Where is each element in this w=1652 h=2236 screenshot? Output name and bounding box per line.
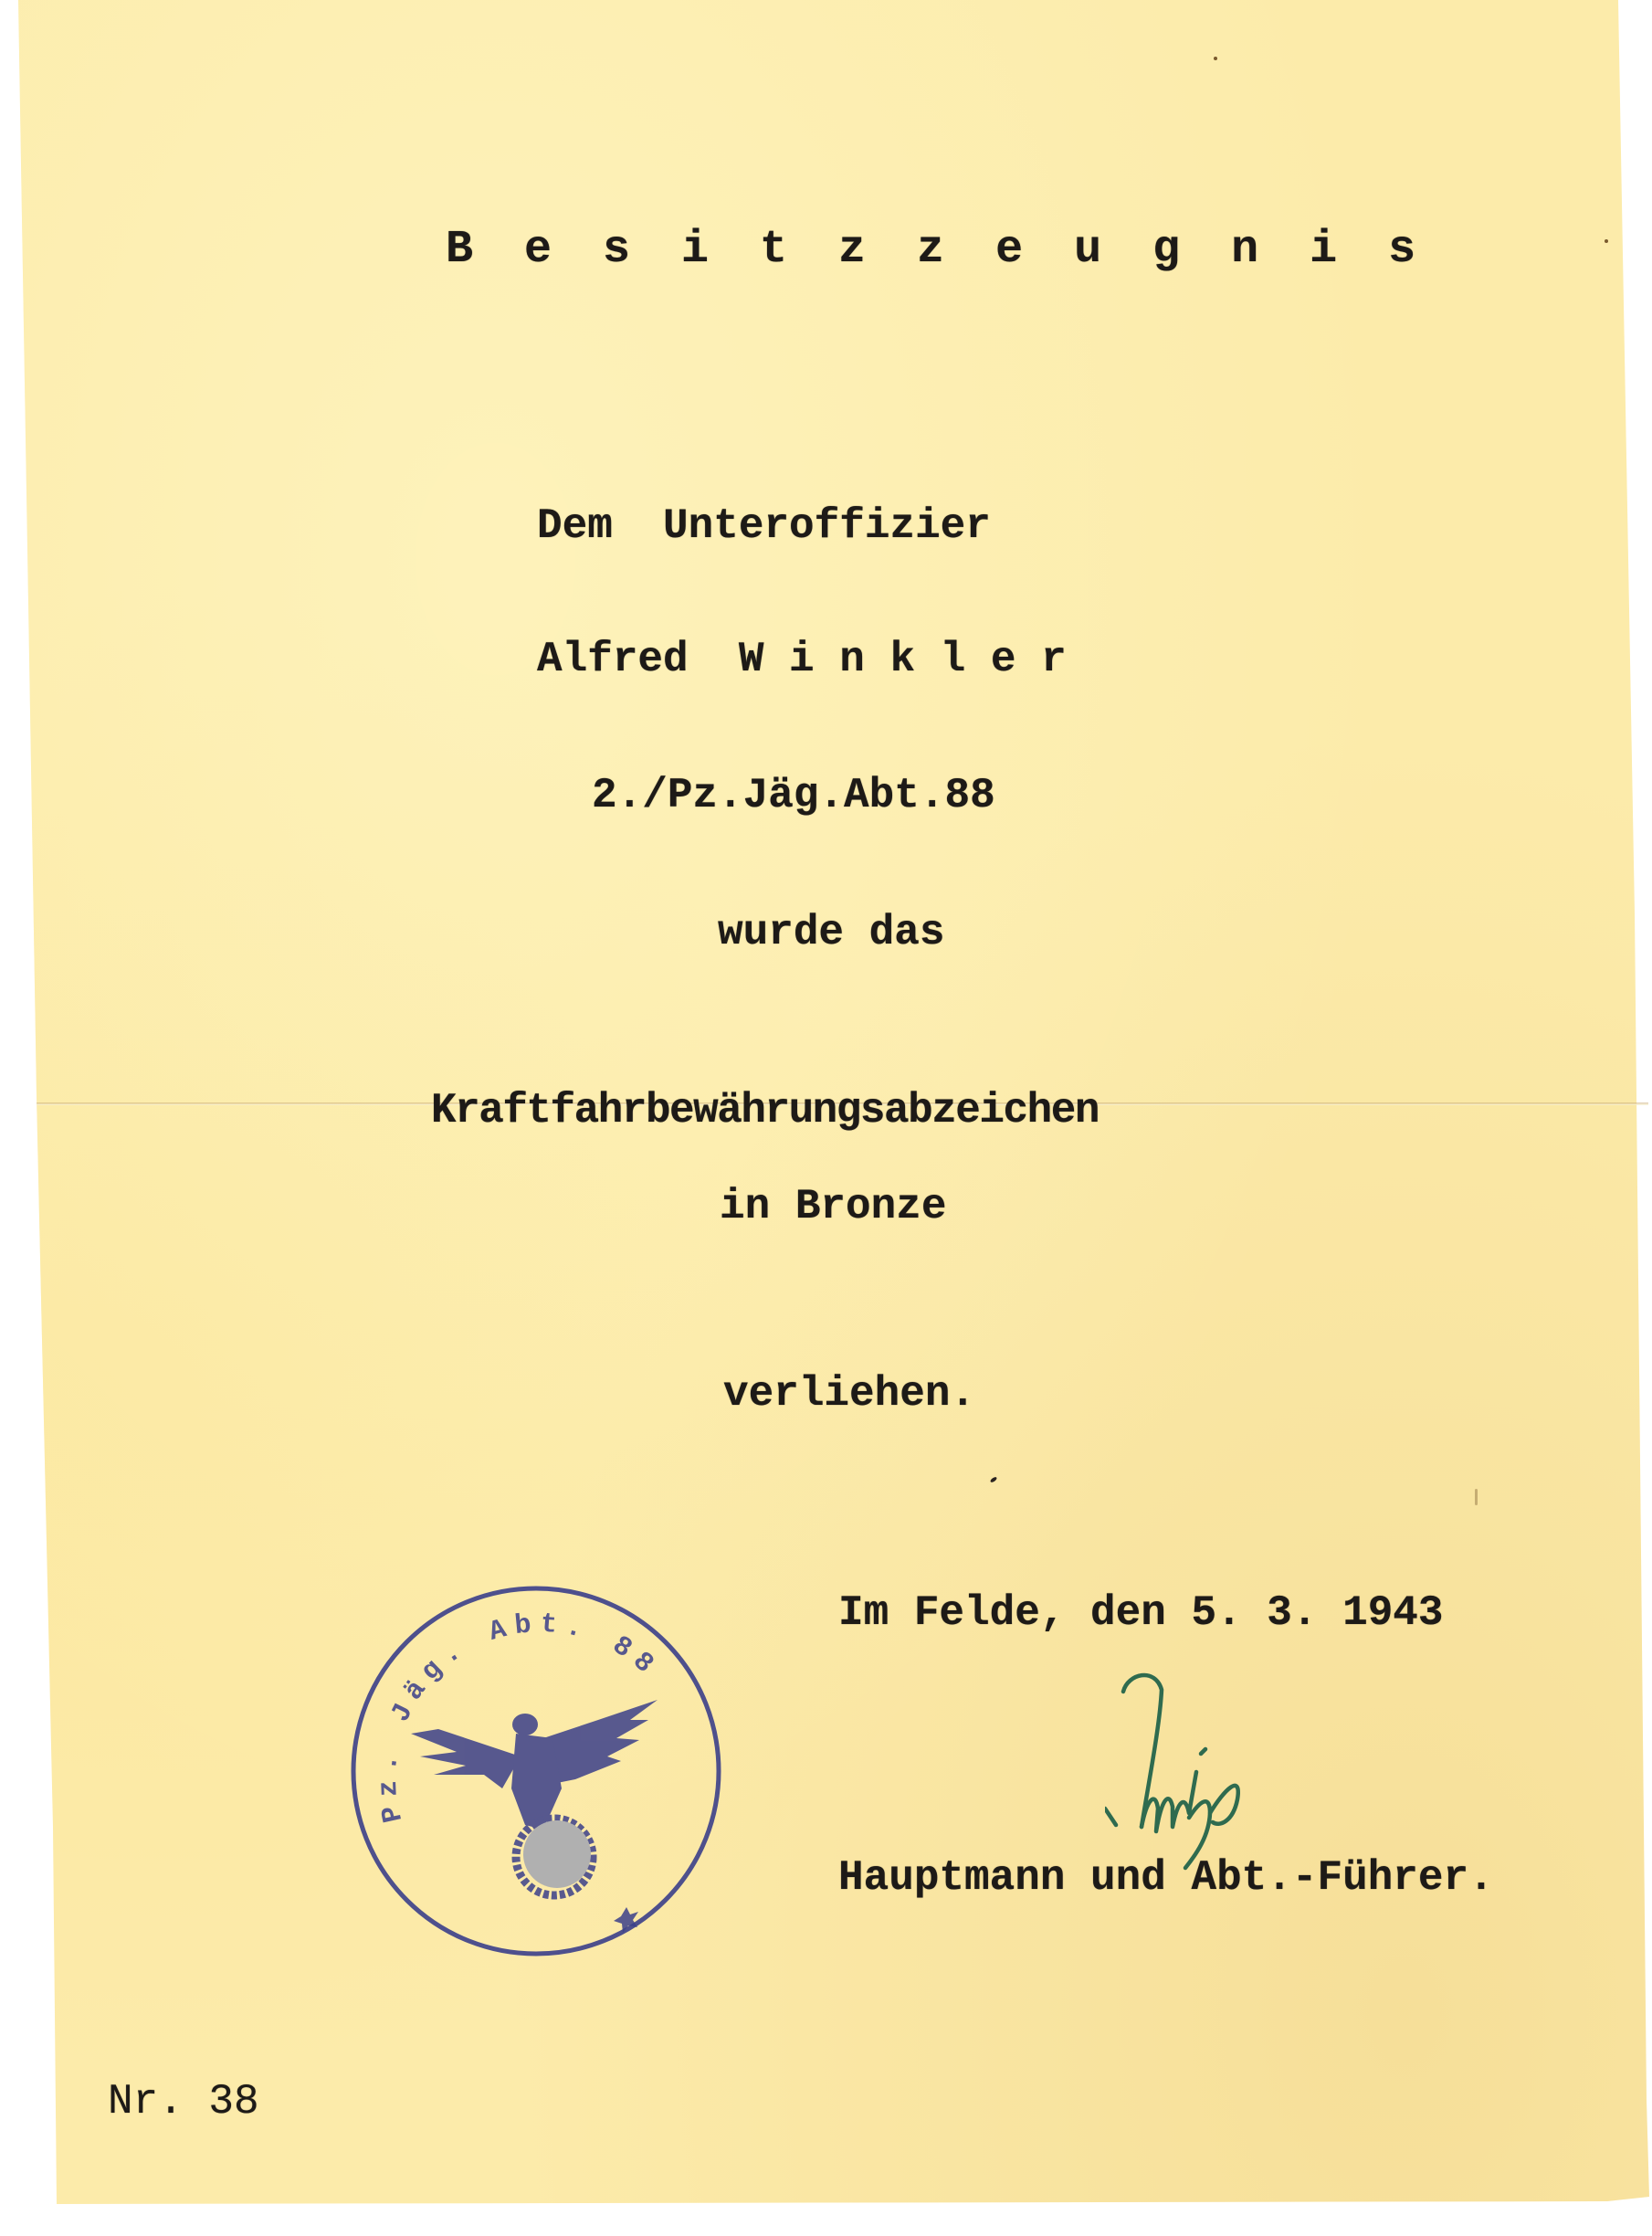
signature-ink-icon <box>1105 1675 1238 1868</box>
recipient-rank-line: Dem Unteroffizier <box>537 502 991 550</box>
award-name: Kraftfahrbewährungsabzeichen <box>431 1087 1099 1134</box>
paper-speck <box>1214 57 1217 60</box>
paper-speck <box>1605 239 1608 243</box>
document-number: Nr. 38 <box>108 2078 259 2125</box>
transition-text: wurde das <box>718 909 944 956</box>
paper-speck <box>1475 1489 1478 1505</box>
signature <box>1105 1662 1315 1872</box>
place-date: Im Felde, den 5. 3. 1943 <box>838 1589 1444 1637</box>
award-grade: in Bronze <box>720 1183 946 1230</box>
conferred-text: verliehen. <box>723 1370 975 1418</box>
recipient-unit: 2./Pz.Jäg.Abt.88 <box>592 772 995 819</box>
document-title: B e s i t z z e u g n i s <box>446 224 1427 276</box>
redaction-circle <box>523 1820 591 1888</box>
unit-stamp: Pz. Jäg. Abt. 88 <box>347 1583 725 1961</box>
recipient-name: Alfred W i n k l e r <box>537 636 1067 683</box>
